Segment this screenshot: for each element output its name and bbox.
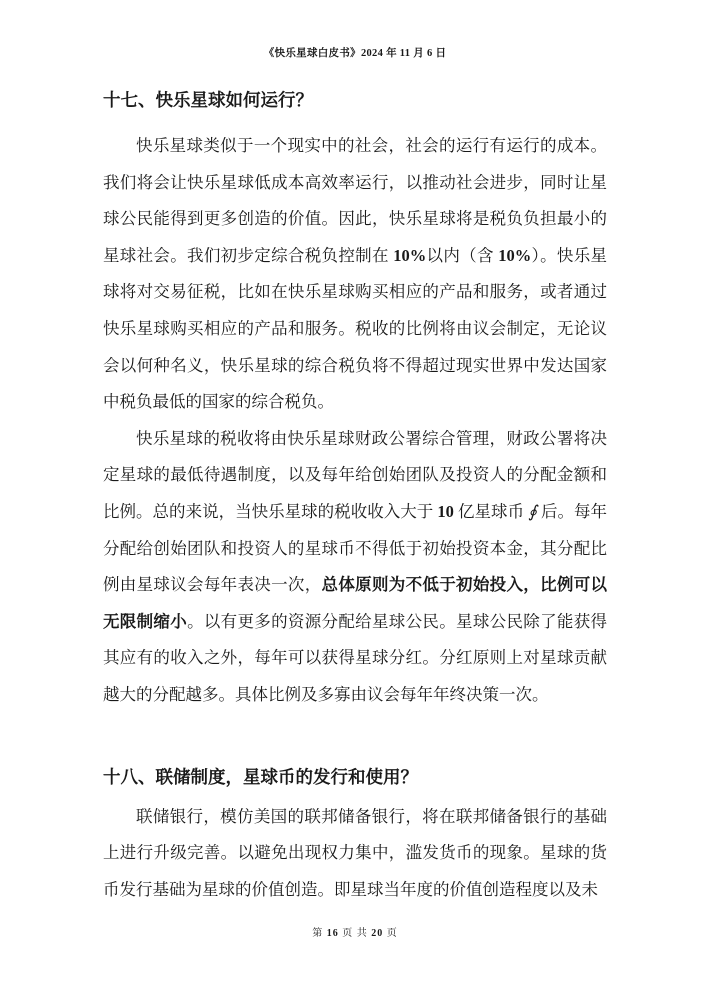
section-heading: 十八、联储制度，星球币的发行和使用？ — [103, 766, 607, 788]
text-run: 联储银行，模仿美国的联邦储备银行，将在联邦储备银行的基础上进行升级完善。以避免出… — [103, 807, 607, 899]
document-page: 《快乐星球白皮书》2024 年 11 月 6 日 十七、快乐星球如何运行？ 快乐… — [0, 0, 710, 1004]
page-number-text: 第 16 页 共 20 页 — [312, 928, 398, 939]
text-run: 亿星球币 — [454, 502, 528, 521]
section-18: 十八、联储制度，星球币的发行和使用？ 联储银行，模仿美国的联邦储备银行，将在联邦… — [103, 766, 607, 909]
document-header: 《快乐星球白皮书》2024 年 11 月 6 日 — [0, 0, 710, 61]
text-run: ∮ — [528, 502, 537, 521]
paragraph: 联储银行，模仿美国的联邦储备银行，将在联邦储备银行的基础上进行升级完善。以避免出… — [103, 799, 607, 909]
text-run: 20 — [371, 928, 383, 939]
document-title: 《快乐星球白皮书》2024 年 11 月 6 日 — [264, 48, 447, 59]
section-17: 十七、快乐星球如何运行？ 快乐星球类似于一个现实中的社会，社会的运行有运行的成本… — [103, 89, 607, 714]
text-run: 10% — [498, 246, 531, 265]
text-run: 页 共 — [339, 928, 372, 939]
paragraph: 快乐星球类似于一个现实中的社会，社会的运行有运行的成本。我们将会让快乐星球低成本… — [103, 128, 607, 421]
section-heading: 十七、快乐星球如何运行？ — [103, 89, 607, 111]
page-number: 第 16 页 共 20 页 — [0, 926, 710, 941]
paragraph: 快乐星球的税收将由快乐星球财政公署综合管理，财政公署将决定星球的最低待遇制度，以… — [103, 421, 607, 714]
text-run: 16 — [327, 928, 339, 939]
text-run: 页 — [383, 928, 398, 939]
text-run: 第 — [312, 928, 327, 939]
text-run: 10 — [437, 502, 454, 521]
text-run: 以内（含 — [426, 246, 498, 265]
document-body: 十七、快乐星球如何运行？ 快乐星球类似于一个现实中的社会，社会的运行有运行的成本… — [103, 89, 607, 908]
text-run: 10% — [393, 246, 426, 265]
text-run: ）。快乐星球将对交易征税，比如在快乐星球购买相应的产品和服务，或者通过快乐星球购… — [103, 246, 607, 411]
